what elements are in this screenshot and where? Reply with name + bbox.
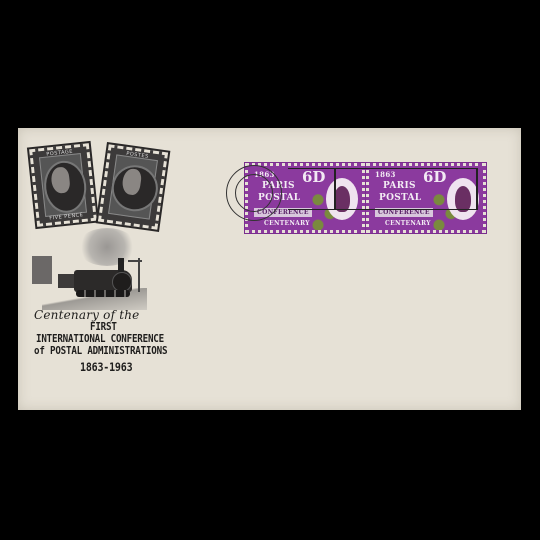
stamp-text: CENTENARY xyxy=(385,220,431,227)
locomotive-illustration xyxy=(32,228,152,318)
train-icon xyxy=(64,258,134,298)
caption-line-2: FIRST xyxy=(90,321,117,334)
slogan-cancel-lines xyxy=(288,168,478,210)
station-building xyxy=(32,256,52,284)
caption-line-1: Centenary of the xyxy=(34,308,139,322)
signal-post xyxy=(138,258,140,292)
caption-years: 1863-1963 xyxy=(80,362,132,375)
circular-postmark xyxy=(226,165,282,221)
envelope: POSTAGE FIVE PENCE POSTES Centenary of t… xyxy=(18,128,521,410)
vintage-stamp-victoria: POSTAGE FIVE PENCE xyxy=(29,143,97,227)
caption-line-3: INTERNATIONAL CONFERENCE xyxy=(36,333,164,346)
stamp-text: CENTENARY xyxy=(264,220,310,227)
caption-line-4: of POSTAL ADMINISTRATIONS xyxy=(34,345,167,358)
vintage-stamp-napoleon: POSTES xyxy=(98,144,168,230)
